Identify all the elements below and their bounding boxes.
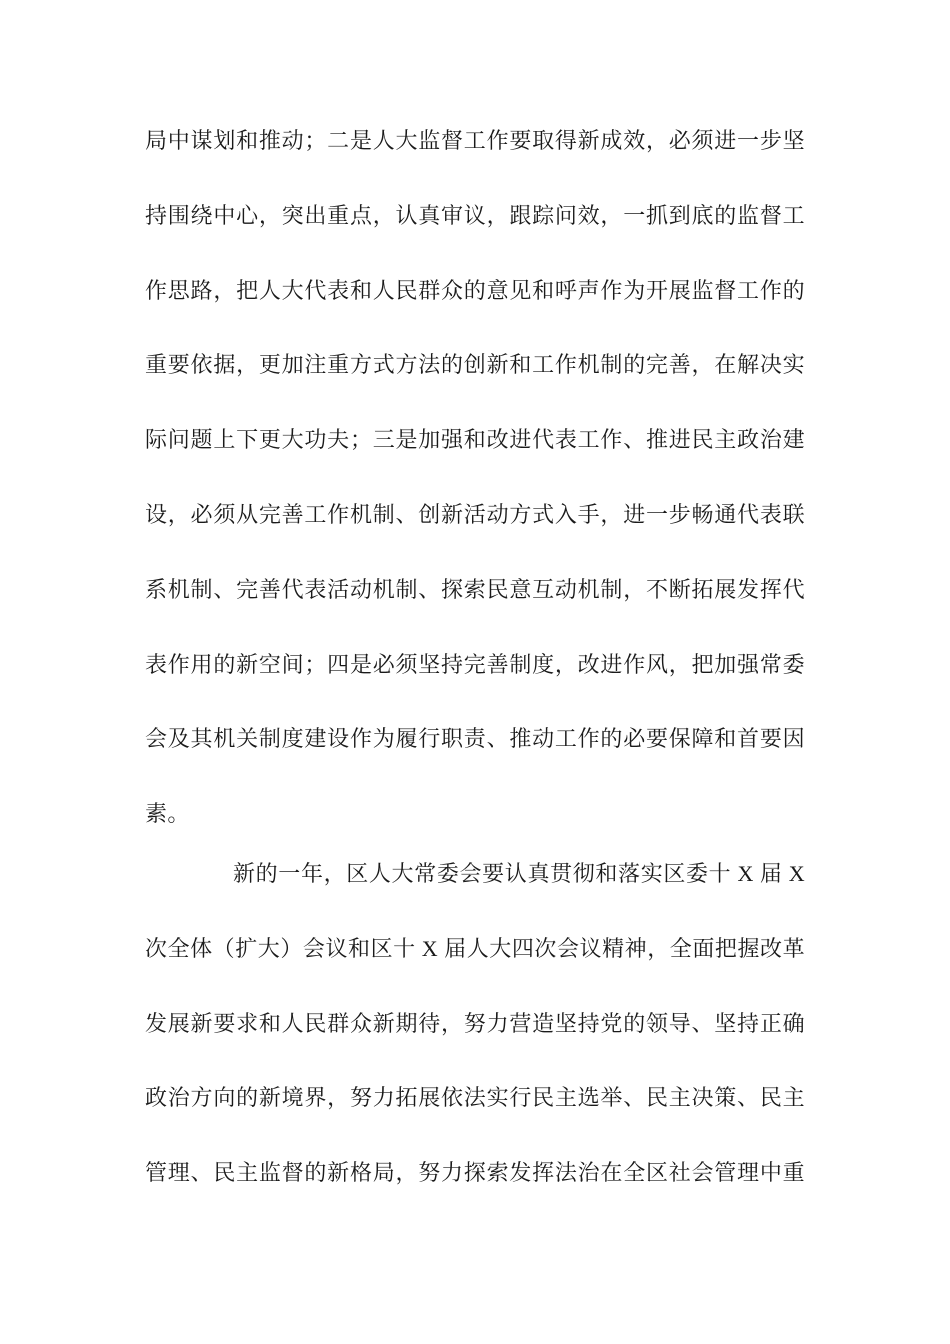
paragraph: 局中谋划和推动；二是人大监督工作要取得新成效，必须进一步坚 持围绕中心，突出重点… <box>145 104 805 852</box>
text-line: 设，必须从完善工作机制、创新活动方式入手，进一步畅通代表联 <box>145 478 805 553</box>
text-line: 局中谋划和推动；二是人大监督工作要取得新成效，必须进一步坚 <box>145 104 805 179</box>
text-line: 政治方向的新境界，努力拓展依法实行民主选举、民主决策、民主 <box>145 1061 805 1136</box>
text-line: 管理、民主监督的新格局，努力探索发挥法治在全区社会管理中重 <box>145 1136 805 1211</box>
text-line: 作思路，把人大代表和人民群众的意见和呼声作为开展监督工作的 <box>145 254 805 329</box>
document-page: 局中谋划和推动；二是人大监督工作要取得新成效，必须进一步坚 持围绕中心，突出重点… <box>0 0 950 1344</box>
text-line: 新的一年，区人大常委会要认真贯彻和落实区委十 X 届 X <box>145 837 805 912</box>
paragraph: 新的一年，区人大常委会要认真贯彻和落实区委十 X 届 X 次全体（扩大）会议和区… <box>145 837 805 1211</box>
text-line: 次全体（扩大）会议和区十 X 届人大四次会议精神，全面把握改革 <box>145 912 805 987</box>
text-line: 发展新要求和人民群众新期待，努力营造坚持党的领导、坚持正确 <box>145 987 805 1062</box>
text-line: 表作用的新空间；四是必须坚持完善制度，改进作风，把加强常委 <box>145 628 805 703</box>
text-line: 际问题上下更大功夫；三是加强和改进代表工作、推进民主政治建 <box>145 403 805 478</box>
text-line: 持围绕中心，突出重点，认真审议，跟踪问效，一抓到底的监督工 <box>145 179 805 254</box>
text-line: 系机制、完善代表活动机制、探索民意互动机制，不断拓展发挥代 <box>145 553 805 628</box>
text-line: 重要依据，更加注重方式方法的创新和工作机制的完善，在解决实 <box>145 328 805 403</box>
text-line: 会及其机关制度建设作为履行职责、推动工作的必要保障和首要因 <box>145 702 805 777</box>
